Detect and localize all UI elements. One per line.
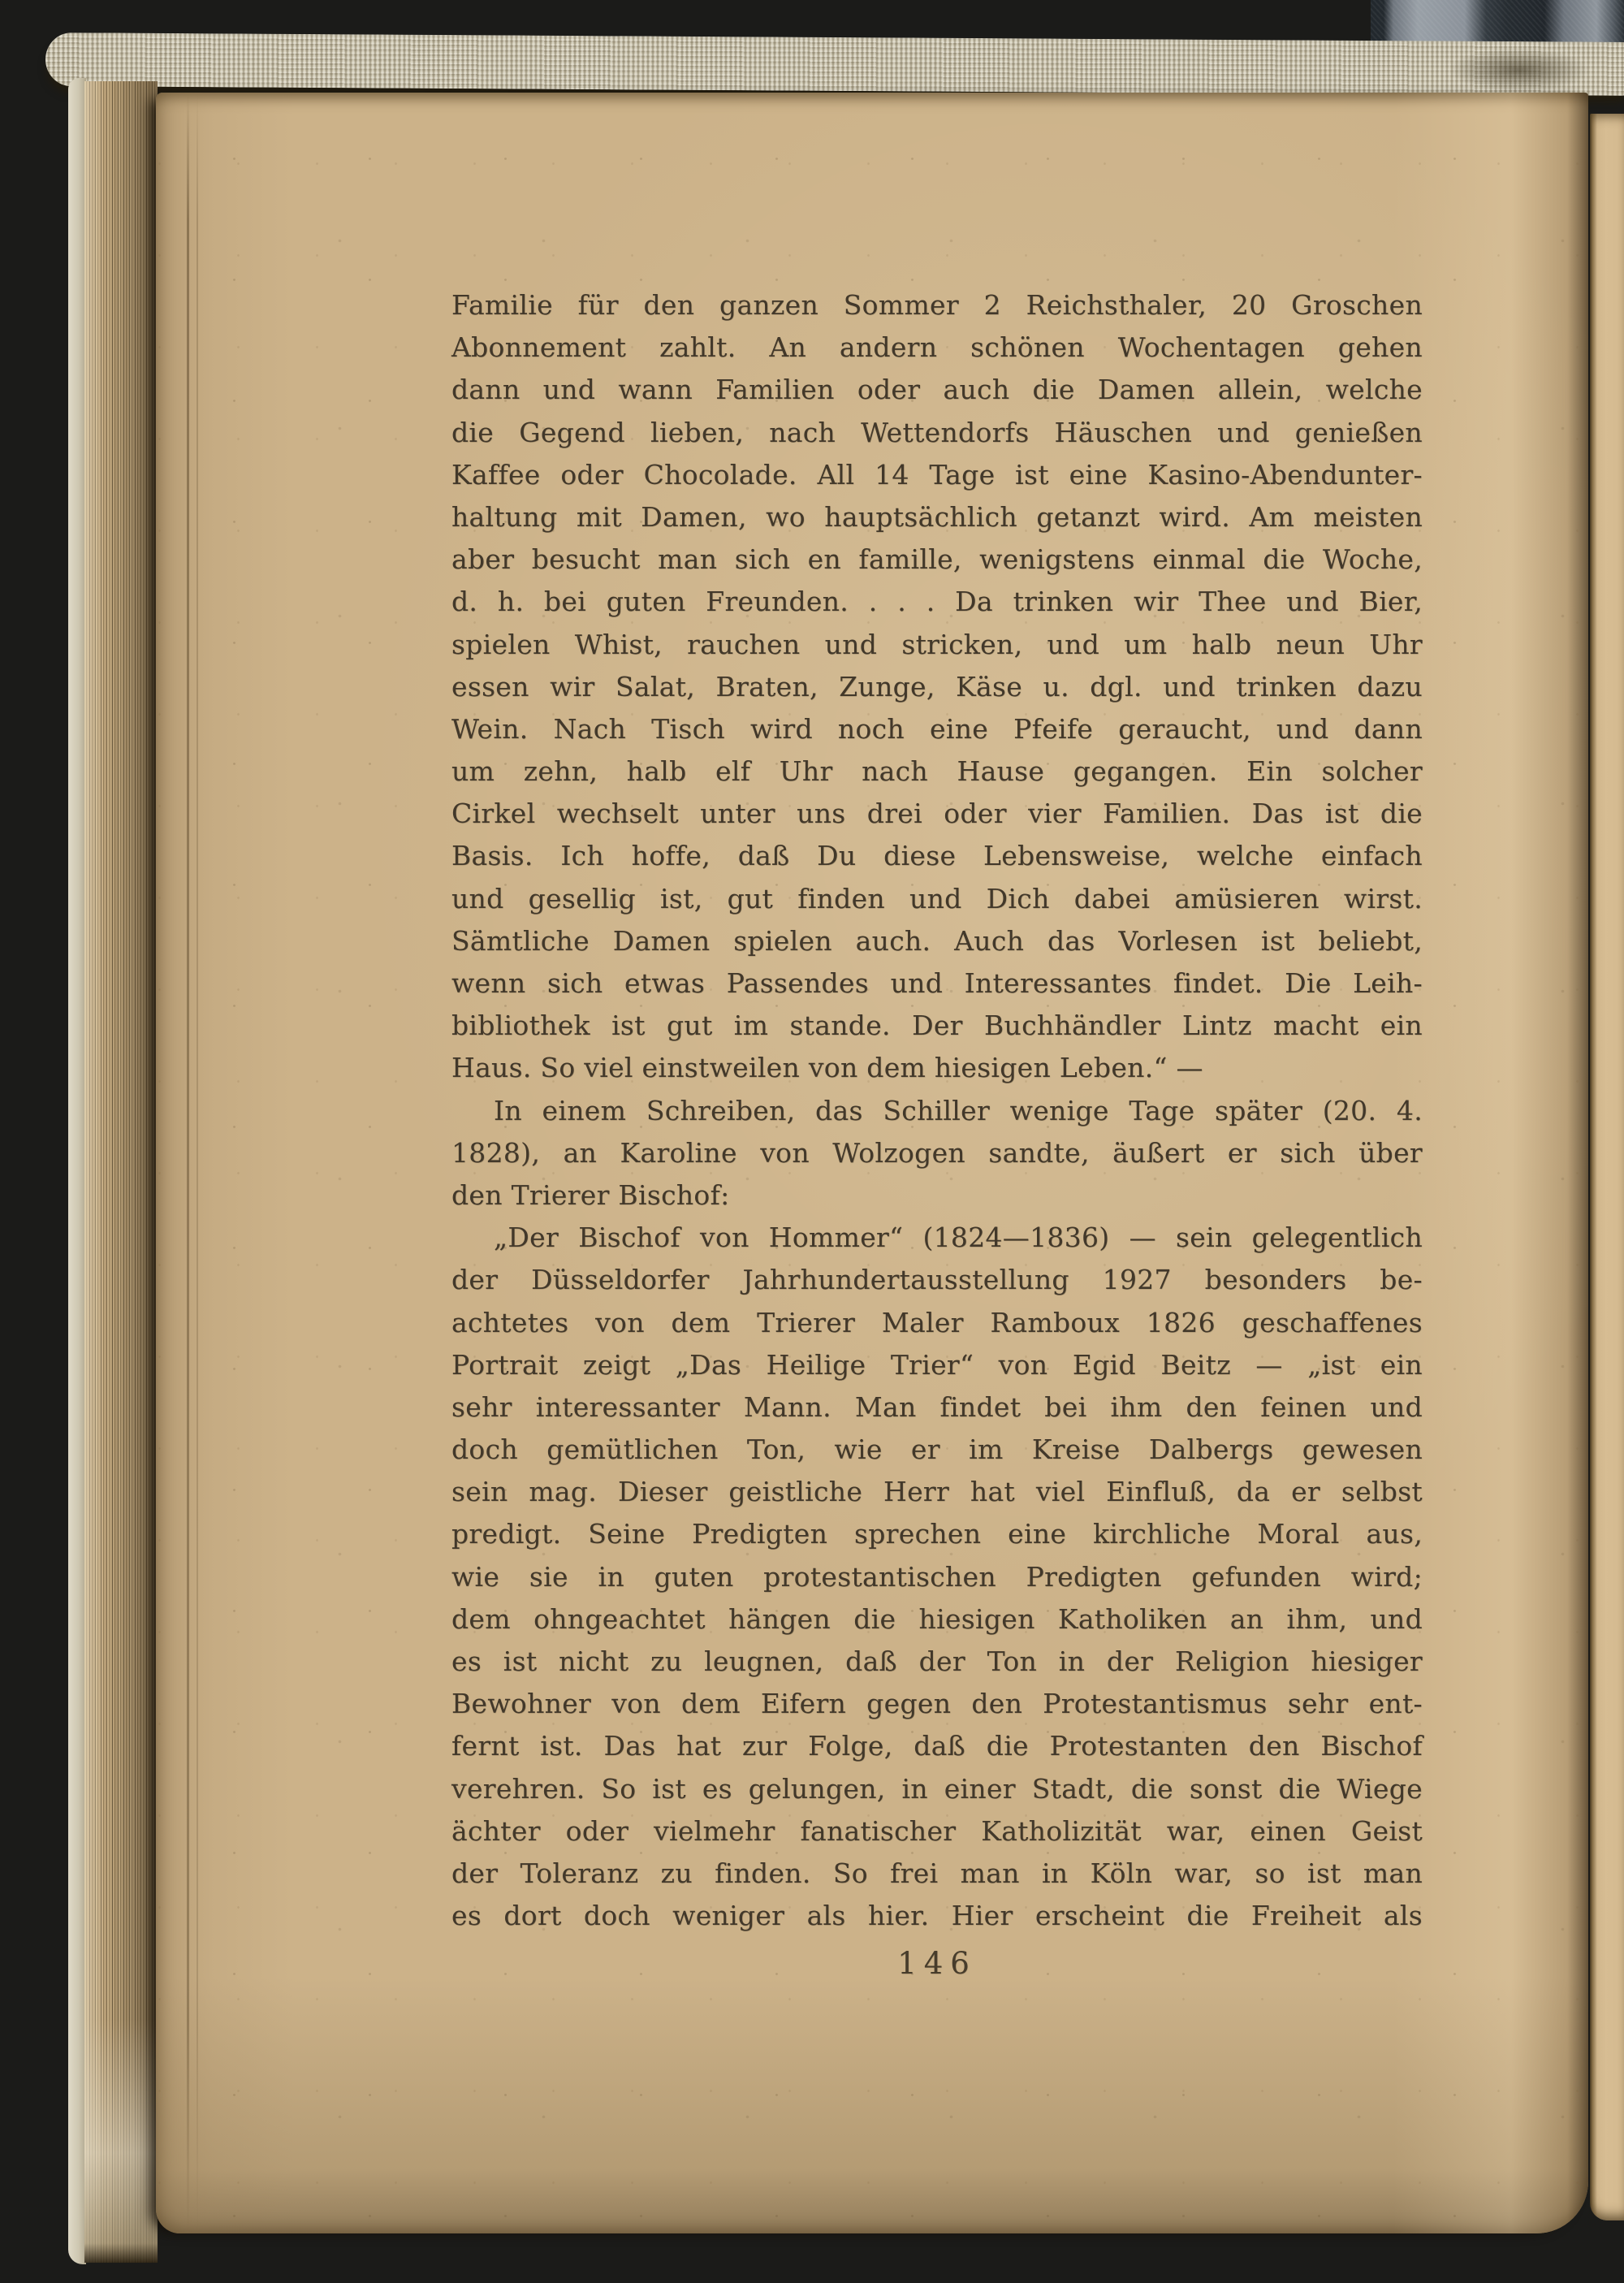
text-line: sehr interessanter Mann. Man findet bei … bbox=[451, 1386, 1423, 1429]
text-line: achtetes von dem Trierer Maler Ramboux 1… bbox=[451, 1302, 1423, 1344]
text-line: der Toleranz zu finden. So frei man in K… bbox=[451, 1853, 1423, 1895]
text-line: Basis. Ich hoffe, daß Du diese Lebenswei… bbox=[451, 835, 1423, 877]
text-line: verehren. So ist es gelungen, in einer S… bbox=[451, 1768, 1423, 1810]
text-line: und gesellig ist, gut finden und Dich da… bbox=[451, 878, 1423, 920]
text-line: Bewohner von dem Eifern gegen den Protes… bbox=[451, 1683, 1423, 1725]
text-line: haltung mit Damen, wo hauptsächlich geta… bbox=[451, 496, 1423, 538]
text-line: Abonnement zahlt. An andern schönen Woch… bbox=[451, 326, 1423, 369]
text-line: wenn sich etwas Passendes und Interessan… bbox=[451, 962, 1423, 1005]
page-edge-stack bbox=[84, 81, 158, 2263]
text-line: predigt. Seine Predigten sprechen eine k… bbox=[451, 1513, 1423, 1555]
text-line: wie sie in guten protestantischen Predig… bbox=[451, 1556, 1423, 1598]
text-line: Haus. So viel einstweilen von dem hiesig… bbox=[451, 1047, 1423, 1089]
text-line: Kaffee oder Chocolade. All 14 Tage ist e… bbox=[451, 454, 1423, 496]
text-block: Familie für den ganzen Sommer 2 Reichsth… bbox=[451, 284, 1423, 1937]
book-cover-top-edge bbox=[45, 32, 1624, 96]
text-line: 1828), an Karoline von Wolzogen sandte, … bbox=[451, 1132, 1423, 1174]
text-line: sein mag. Dieser geistliche Herr hat vie… bbox=[451, 1471, 1423, 1513]
page-number: 146 bbox=[451, 1946, 1423, 1981]
text-line: essen wir Salat, Braten, Zunge, Käse u. … bbox=[451, 666, 1423, 708]
facing-page-edge bbox=[1590, 114, 1624, 2220]
text-line: dem ohngeachtet hängen die hiesigen Kath… bbox=[451, 1598, 1423, 1641]
text-line: „Der Bischof von Hommer“ (1824—1836) — s… bbox=[451, 1217, 1423, 1259]
page-crease bbox=[197, 93, 198, 2233]
text-line: aber besucht man sich en famille, wenigs… bbox=[451, 538, 1423, 581]
text-line: es dort doch weniger als hier. Hier ersc… bbox=[451, 1895, 1423, 1937]
page-crease bbox=[187, 93, 189, 2233]
text-line: es ist nicht zu leugnen, daß der Ton in … bbox=[451, 1641, 1423, 1683]
text-line: ächter oder vielmehr fanatischer Katholi… bbox=[451, 1810, 1423, 1853]
text-line: doch gemütlichen Ton, wie er im Kreise D… bbox=[451, 1429, 1423, 1471]
text-line: Familie für den ganzen Sommer 2 Reichsth… bbox=[451, 284, 1423, 326]
text-line: d. h. bei guten Freunden. . . . Da trink… bbox=[451, 581, 1423, 623]
text-line: Sämtliche Damen spielen auch. Auch das V… bbox=[451, 920, 1423, 962]
text-line: spielen Whist, rauchen und stricken, und… bbox=[451, 624, 1423, 666]
text-line: die Gegend lieben, nach Wettendorfs Häus… bbox=[451, 412, 1423, 454]
text-line: bibliothek ist gut im stande. Der Buchhä… bbox=[451, 1005, 1423, 1047]
text-line: Portrait zeigt „Das Heilige Trier“ von E… bbox=[451, 1344, 1423, 1386]
cloth-wear-spot bbox=[1450, 48, 1588, 93]
text-line: der Düsseldorfer Jahrhundertausstellung … bbox=[451, 1259, 1423, 1301]
text-line: Cirkel wechselt unter uns drei oder vier… bbox=[451, 793, 1423, 835]
text-line: dann und wann Familien oder auch die Dam… bbox=[451, 369, 1423, 411]
page-edge-fray bbox=[84, 2019, 158, 2263]
text-line: fernt ist. Das hat zur Folge, daß die Pr… bbox=[451, 1725, 1423, 1767]
book-page: Familie für den ganzen Sommer 2 Reichsth… bbox=[156, 93, 1588, 2233]
book-scan: Familie für den ganzen Sommer 2 Reichsth… bbox=[0, 0, 1624, 2283]
book-cover-fore-edge bbox=[68, 78, 86, 2264]
text-line: Wein. Nach Tisch wird noch eine Pfeife g… bbox=[451, 708, 1423, 750]
text-line: den Trierer Bischof: bbox=[451, 1174, 1423, 1217]
text-line: um zehn, halb elf Uhr nach Hause gegange… bbox=[451, 750, 1423, 793]
text-line: In einem Schreiben, das Schiller wenige … bbox=[451, 1090, 1423, 1132]
